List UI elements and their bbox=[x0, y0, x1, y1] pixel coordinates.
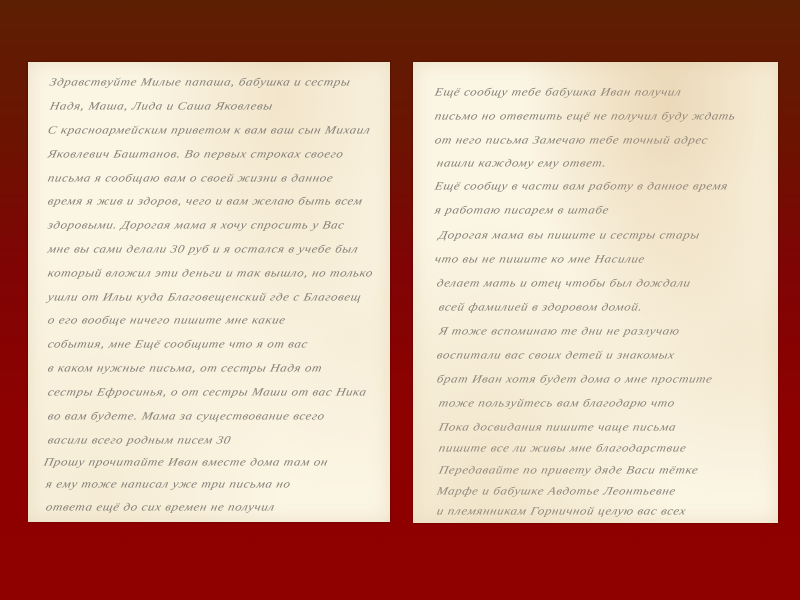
left-page-text: Здравствуйте Милые папаша, бабушка и сес… bbox=[28, 62, 390, 522]
handwritten-line: Яковлевич Баштанов. Во первых строках св… bbox=[47, 147, 346, 161]
handwritten-line: который вложил эти деньги и так вышло, н… bbox=[47, 266, 375, 280]
handwritten-line: мне вы сами делали 30 руб и я остался в … bbox=[47, 242, 360, 256]
handwritten-line: ответа ещё до сих времен не получил bbox=[45, 500, 277, 514]
handwritten-line: Прошу прочитайте Иван вместе дома там он bbox=[43, 455, 330, 469]
handwritten-line: здоровыми. Дорогая мама я хочу спросить … bbox=[47, 218, 347, 232]
handwritten-line: Здравствуйте Милые папаша, бабушка и сес… bbox=[49, 75, 352, 89]
handwritten-line: сестры Ефросинья, о от сестры Маши от ва… bbox=[47, 385, 369, 399]
handwritten-line: во вам будете. Мама за существование все… bbox=[47, 409, 327, 423]
handwritten-line: васили всего родным писем 30 bbox=[47, 433, 233, 447]
handwritten-line: события, мне Ещё сообщите что я от вас bbox=[47, 337, 310, 351]
handwritten-line: о его вообще ничего пишите мне какие bbox=[47, 313, 288, 327]
handwritten-line: письма я сообщаю вам о своей жизни в дан… bbox=[47, 171, 335, 185]
handwritten-line: ушли от Ильи куда Благовещенский где с Б… bbox=[47, 290, 363, 304]
letter-page-left: Здравствуйте Милые папаша, бабушка и сес… bbox=[28, 62, 390, 522]
handwritten-line: в каком нужные письма, от сестры Надя от bbox=[47, 361, 324, 375]
handwritten-line: время я жив и здоров, чего и вам желаю б… bbox=[47, 194, 364, 208]
handwritten-line: Надя, Маша, Лида и Саша Яковлевы bbox=[49, 99, 275, 113]
handwritten-line: С красноармейским приветом к вам ваш сын… bbox=[47, 123, 372, 137]
handwritten-line: я ему тоже написал уже три письма но bbox=[45, 477, 293, 491]
right-page-footer-layer bbox=[413, 62, 778, 523]
